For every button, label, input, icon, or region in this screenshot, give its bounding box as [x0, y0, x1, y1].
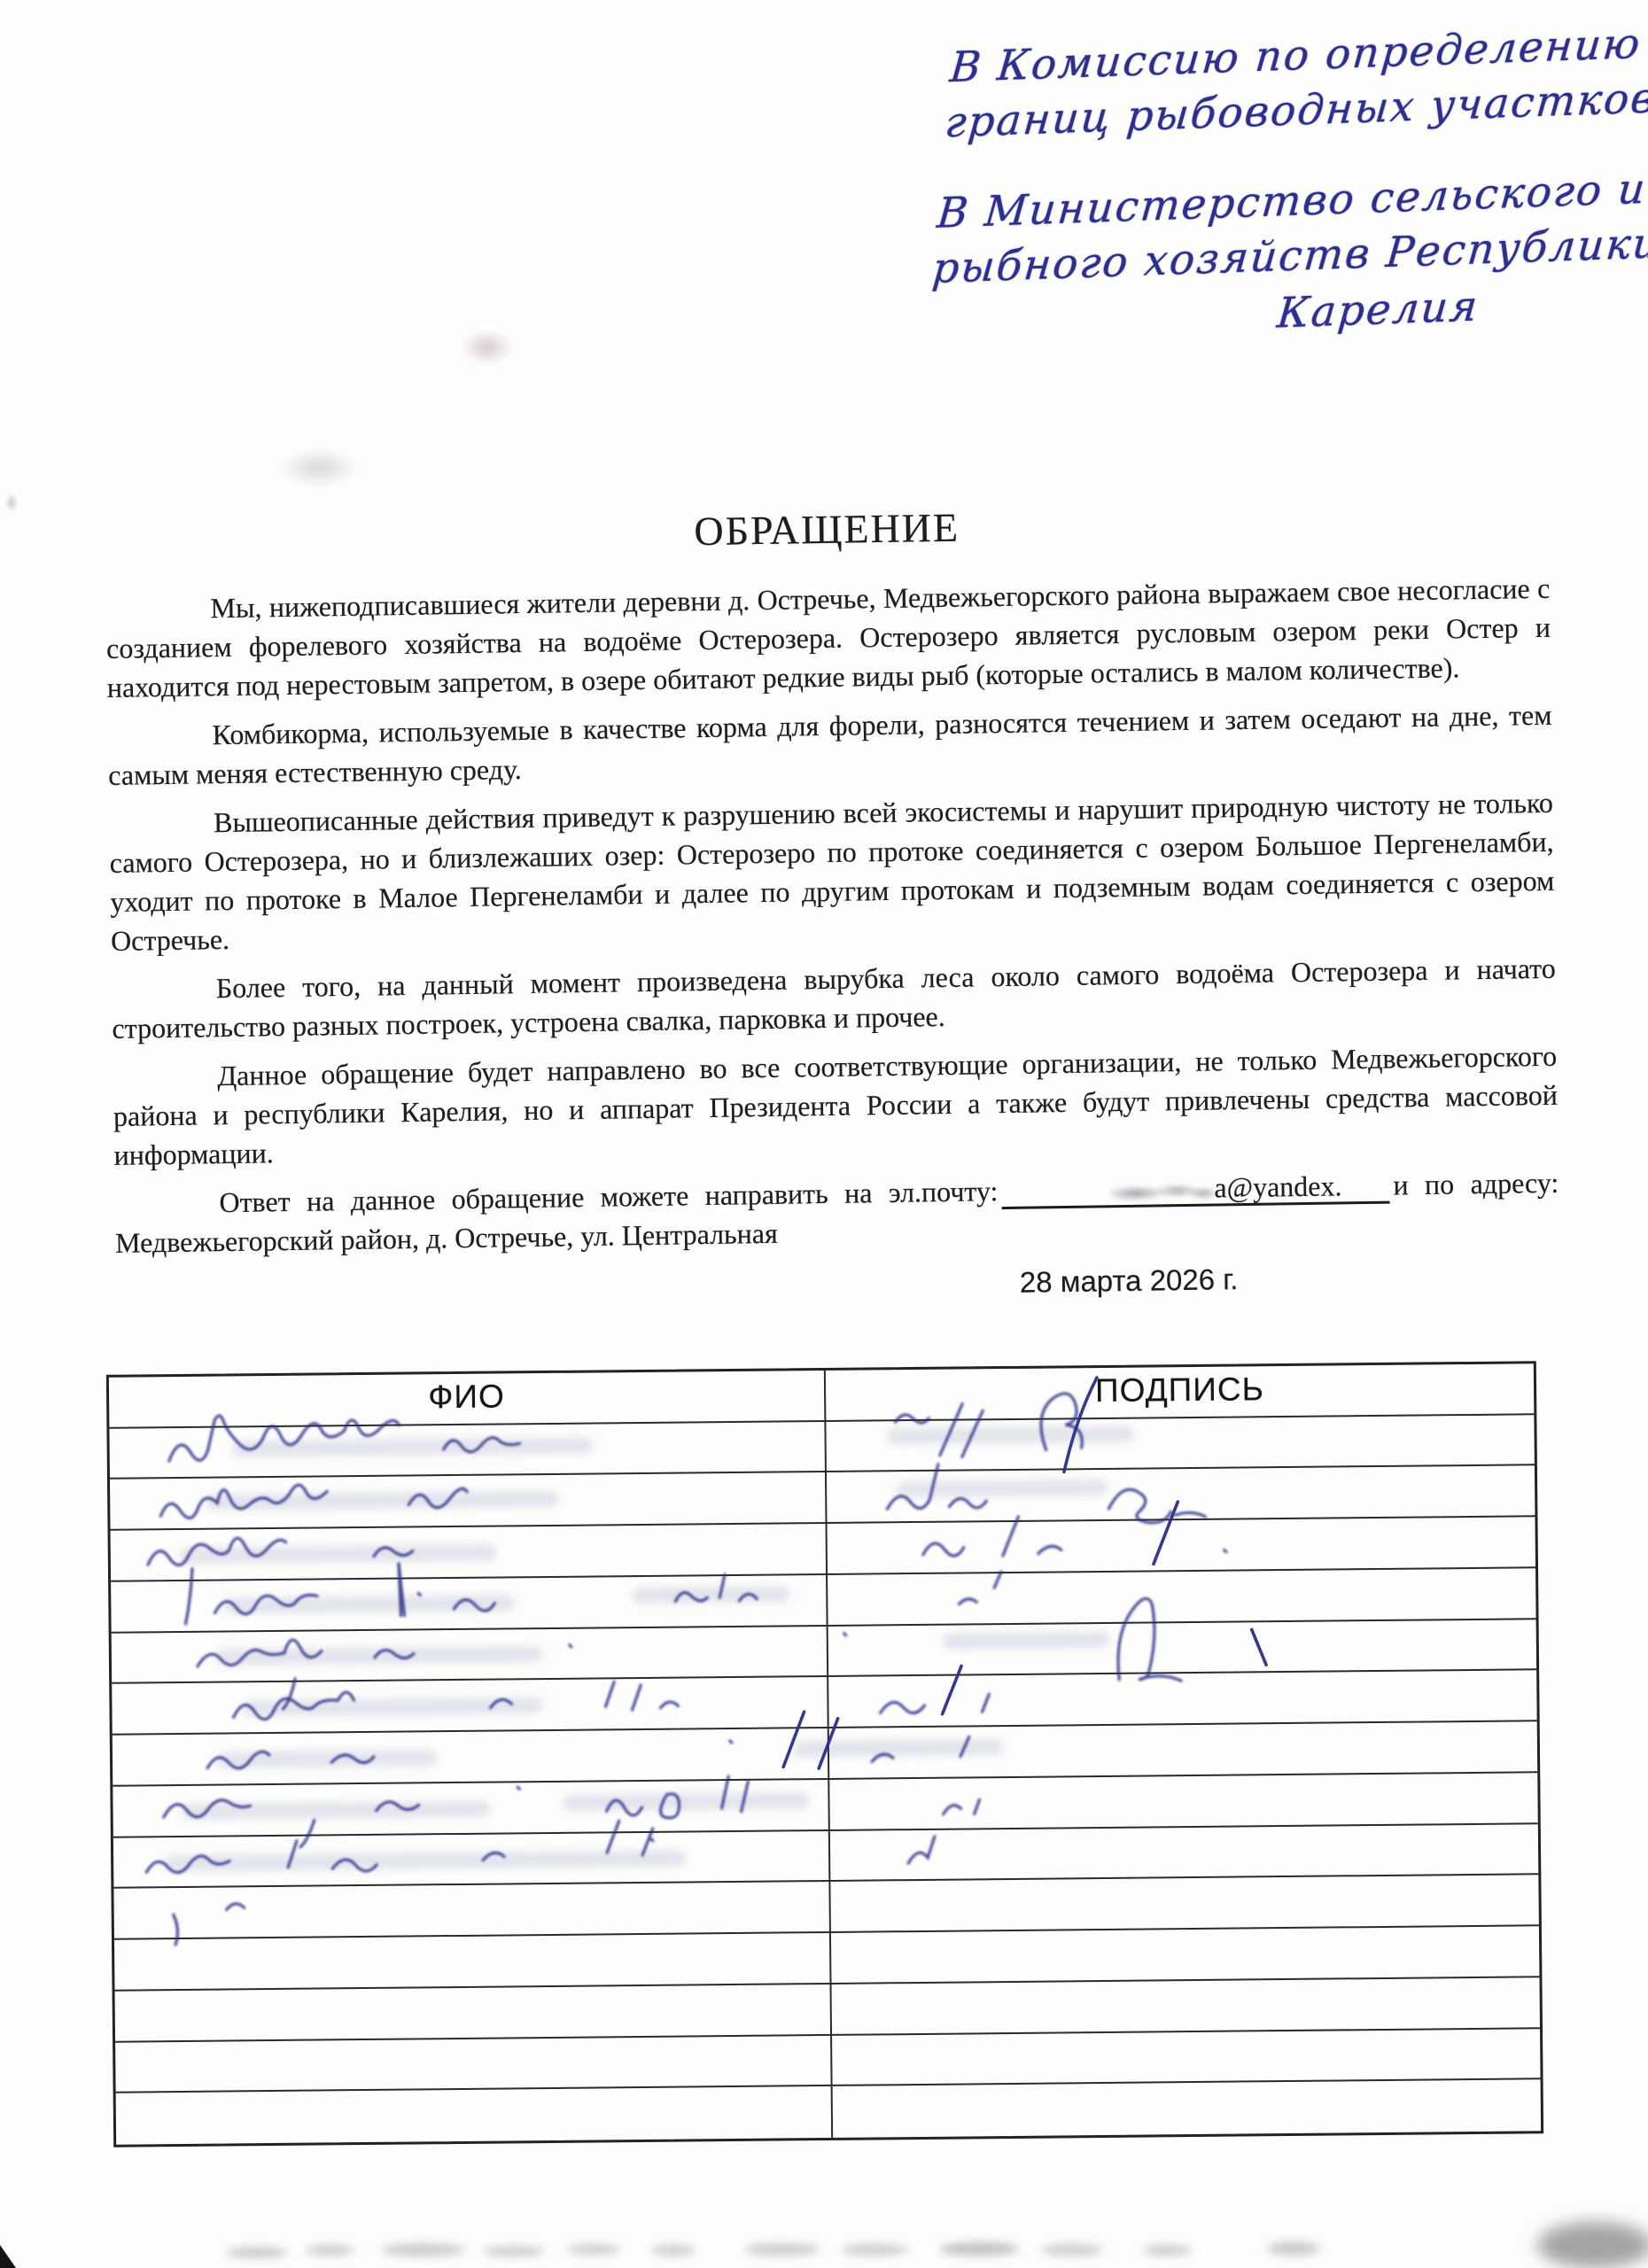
table-header-podpis: ПОДПИСЬ [826, 1363, 1535, 1421]
paragraph: Вышеописанные действия приведут к разруш… [109, 783, 1555, 960]
scan-artifact [381, 2243, 465, 2256]
signature-cell-fio [110, 1472, 827, 1530]
redacted-email-smudge [1109, 1181, 1214, 1202]
signature-cell-fio [115, 2035, 832, 2093]
signature-cell-fio [112, 1677, 828, 1735]
document-body: ОБРАЩЕНИЕ Мы, нижеподписавшиеся жители д… [105, 500, 1560, 1316]
signature-cell-podpis [827, 1517, 1535, 1574]
scan-artifact [5, 493, 18, 512]
signature-table-wrap: ФИО ПОДПИСЬ [106, 1361, 1543, 2147]
signature-cell-podpis [828, 1568, 1536, 1626]
scan-artifact [1537, 2222, 1648, 2268]
signature-cell-podpis [826, 1415, 1535, 1472]
scan-artifact [483, 2246, 545, 2256]
signature-cell-podpis [827, 1466, 1535, 1524]
paragraph: Комбикорма, используемые в качестве корм… [107, 695, 1552, 795]
signature-cell-fio [113, 1780, 829, 1837]
paragraph: Более того, на данный момент произведена… [112, 949, 1557, 1048]
signature-cell-podpis [828, 1671, 1537, 1728]
scan-artifact [1267, 2241, 1320, 2256]
contact-text-before: Ответ на данное обращение можете направи… [219, 1175, 999, 1218]
email-underline-tail [1342, 1195, 1381, 1196]
email-underlined-segment: a@yandex. [1001, 1171, 1390, 1209]
signature-cell-fio [114, 1933, 831, 1991]
contact-paragraph: Ответ на данное обращение можете направи… [114, 1163, 1559, 1262]
signature-cell-podpis [828, 1619, 1536, 1677]
scan-edge-band [0, 2215, 1648, 2268]
scan-artifact [461, 330, 514, 365]
scan-artifact [939, 2242, 1019, 2256]
scan-artifact [842, 2244, 908, 2256]
signature-cell-fio [111, 1524, 828, 1581]
signature-cell-podpis [832, 2029, 1541, 2086]
scan-artifact [226, 2247, 288, 2258]
signature-table: ФИО ПОДПИСЬ [106, 1361, 1543, 2147]
signature-cell-podpis [832, 2080, 1541, 2138]
page-title: ОБРАЩЕНИЕ [105, 500, 1549, 560]
signature-cell-fio [116, 2086, 833, 2144]
table-header-fio: ФИО [109, 1371, 826, 1428]
signature-cell-fio [112, 1627, 828, 1684]
scan-artifact [306, 2245, 354, 2256]
email-visible-text: a@yandex. [1214, 1169, 1342, 1203]
signature-cell-podpis [831, 1926, 1540, 1984]
paragraph: Мы, нижеподписавшиеся жители деревни д. … [105, 569, 1551, 707]
signature-cell-podpis [829, 1773, 1538, 1830]
document-date: 28 марта 2026 г. [1020, 1255, 1561, 1302]
signature-cell-fio [113, 1728, 829, 1786]
scan-artifact [1041, 2244, 1103, 2256]
signature-cell-fio [109, 1422, 826, 1480]
signature-cell-fio [111, 1575, 828, 1633]
signature-cell-fio [115, 1984, 832, 2042]
signature-cell-podpis [829, 1721, 1538, 1779]
signature-cell-podpis [831, 1977, 1540, 2035]
scan-artifact [744, 2243, 820, 2256]
paragraph: Данное обращение будет направлено во все… [113, 1037, 1559, 1175]
signature-cell-fio [113, 1831, 830, 1889]
scan-artifact [567, 2244, 620, 2255]
handwritten-addressee-block: В Комиссию по определению границ рыбовод… [925, 17, 1643, 354]
scan-artifact [651, 2245, 696, 2256]
scanned-petition-page: В Комиссию по определению границ рыбовод… [0, 0, 1648, 2268]
signature-cell-podpis [830, 1876, 1539, 1933]
signature-cell-podpis [830, 1824, 1539, 1882]
scan-artifact [1143, 2245, 1192, 2256]
scan-artifact [279, 447, 359, 488]
signature-cell-fio [113, 1882, 830, 1939]
